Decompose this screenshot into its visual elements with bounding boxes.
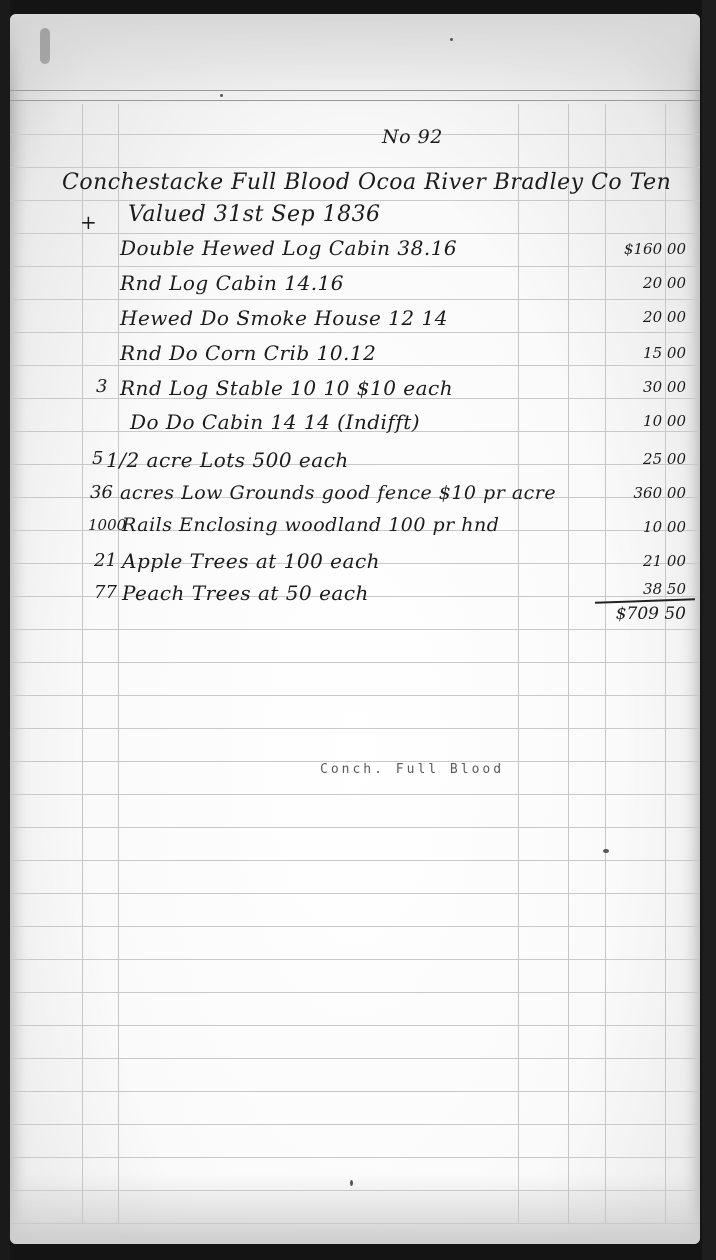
ruled-line — [10, 1091, 700, 1092]
top-shading — [10, 14, 700, 109]
column-rule — [118, 104, 119, 1224]
header-rule-1 — [10, 90, 700, 91]
item-description: Rails Enclosing woodland 100 pr hnd — [122, 514, 499, 536]
item-amount: 21 00 — [606, 552, 686, 570]
sum-rule — [595, 598, 695, 603]
ruled-line — [10, 134, 700, 135]
ruled-line — [10, 959, 700, 960]
ruled-line — [10, 365, 700, 366]
item-description: Hewed Do Smoke House 12 14 — [120, 306, 448, 330]
ruled-line — [10, 926, 700, 927]
item-description: Rnd Do Corn Crib 10.12 — [120, 341, 376, 365]
ruled-line — [10, 992, 700, 993]
item-amount: 20 00 — [606, 308, 686, 326]
column-rule — [605, 104, 606, 1224]
item-description: acres Low Grounds good fence $10 pr acre — [120, 482, 556, 504]
item-description: Rnd Log Cabin 14.16 — [120, 271, 344, 295]
ruled-line — [10, 266, 700, 267]
item-description: 1/2 acre Lots 500 each — [106, 448, 349, 472]
ink-smudge — [40, 28, 50, 64]
ink-speck — [220, 94, 223, 97]
ruled-line — [10, 728, 700, 729]
entry-number: No 92 — [382, 126, 443, 148]
item-amount: 10 00 — [606, 518, 686, 536]
ruled-line — [10, 1058, 700, 1059]
item-description: Double Hewed Log Cabin 38.16 — [120, 236, 457, 260]
ruled-line — [10, 1190, 700, 1191]
item-amount: 20 00 — [606, 274, 686, 292]
scan-right-border — [702, 0, 716, 1260]
item-amount: 38 50 — [606, 580, 686, 598]
ruled-line — [10, 662, 700, 663]
item-quantity: 5 — [92, 448, 103, 469]
item-amount: 360 00 — [606, 484, 686, 502]
item-quantity: 1000 — [88, 516, 126, 534]
ruled-line — [10, 827, 700, 828]
item-quantity: 3 — [96, 376, 107, 397]
ledger-page: No 92 Conchestacke Full Blood Ocoa River… — [10, 14, 700, 1244]
scan-left-border — [0, 0, 10, 1260]
item-description: Peach Trees at 50 each — [122, 581, 369, 605]
header-rule-2 — [10, 100, 700, 101]
ruled-line — [10, 332, 700, 333]
ruled-line — [10, 1025, 700, 1026]
item-amount: 25 00 — [606, 450, 686, 468]
ruled-line — [10, 695, 700, 696]
bottom-shading — [10, 1174, 700, 1244]
ruled-line — [10, 200, 700, 201]
margin-mark: + — [80, 210, 97, 234]
item-amount: 10 00 — [606, 412, 686, 430]
column-rule — [82, 104, 83, 1224]
total-amount: $709 50 — [606, 604, 686, 624]
item-quantity: 77 — [94, 582, 117, 603]
ruled-line — [10, 629, 700, 630]
column-rule — [568, 104, 569, 1224]
item-quantity: 36 — [90, 482, 113, 503]
column-rule — [665, 104, 666, 1224]
ink-speck — [350, 1180, 353, 1186]
ink-speck — [603, 849, 609, 853]
item-amount: 30 00 — [606, 378, 686, 396]
faint-note: Conch. Full Blood — [320, 762, 504, 777]
item-description: Do Do Cabin 14 14 (Indifft) — [130, 410, 420, 434]
item-amount: 15 00 — [606, 344, 686, 362]
column-rule — [518, 104, 519, 1224]
ink-speck — [450, 38, 453, 41]
ruled-line — [10, 860, 700, 861]
ruled-line — [10, 233, 700, 234]
ruled-line — [10, 299, 700, 300]
ruled-line — [10, 1124, 700, 1125]
item-quantity: 21 — [94, 550, 117, 571]
item-amount: $160 00 — [606, 240, 686, 258]
item-description: Apple Trees at 100 each — [122, 549, 380, 573]
valuation-line: Valued 31st Sep 1836 — [128, 202, 381, 227]
ruled-line — [10, 167, 700, 168]
heading: Conchestacke Full Blood Ocoa River Bradl… — [62, 170, 671, 195]
item-description: Rnd Log Stable 10 10 $10 each — [120, 376, 453, 400]
ruled-line — [10, 1223, 700, 1224]
ruled-line — [10, 1157, 700, 1158]
ruled-line — [10, 794, 700, 795]
ruled-line — [10, 893, 700, 894]
